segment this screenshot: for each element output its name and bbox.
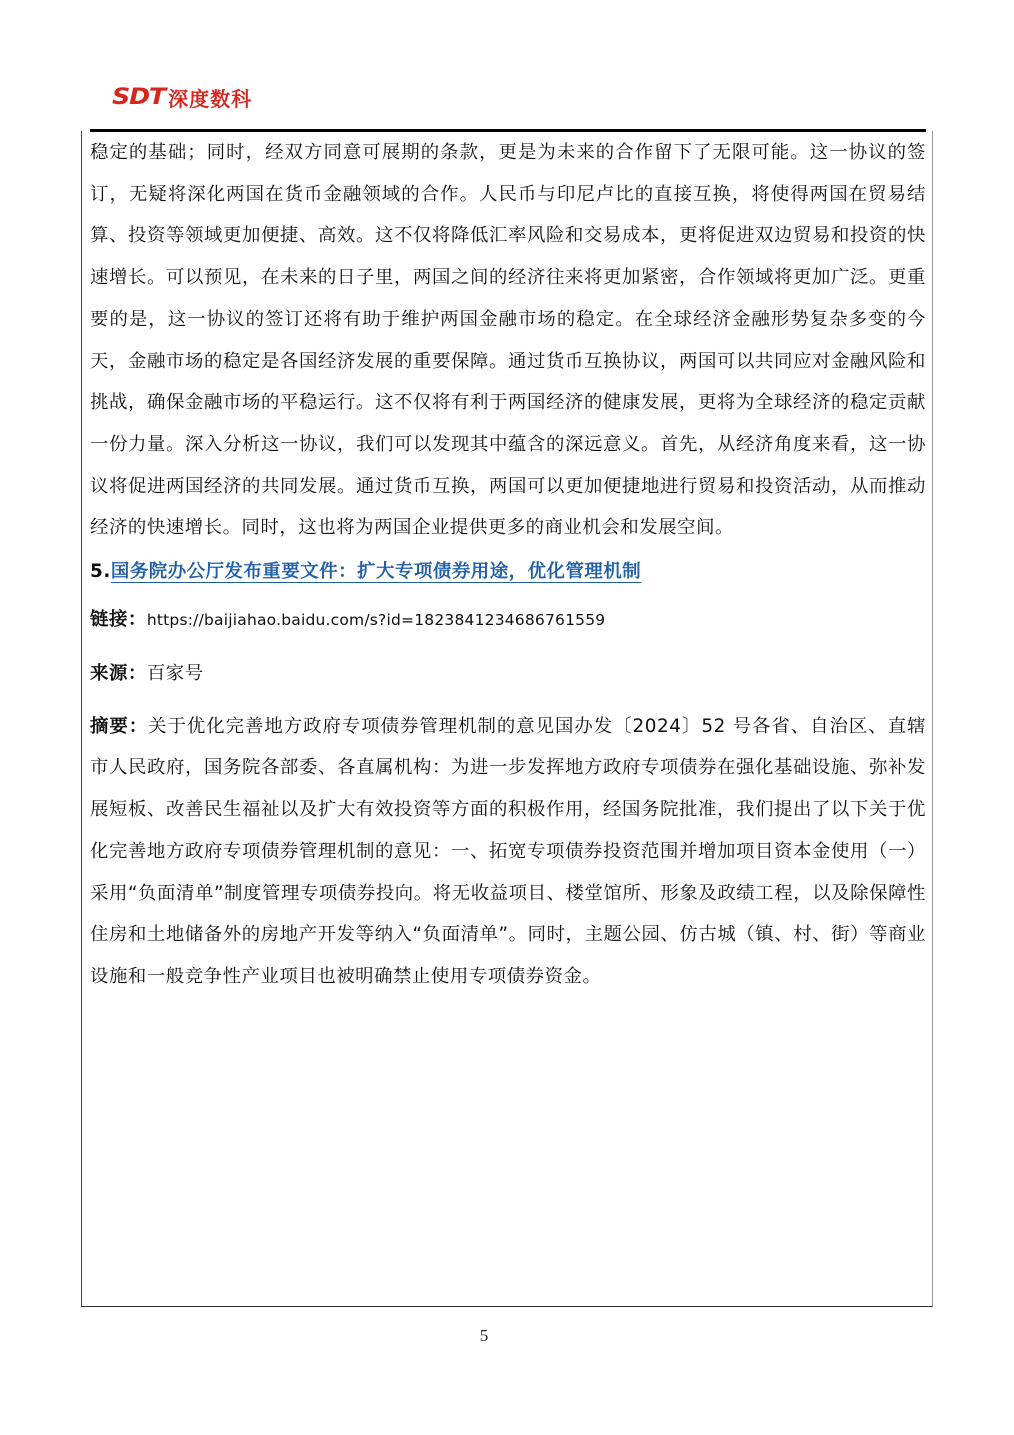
company-logo: SDT 深度数科 xyxy=(112,84,252,110)
article-link-line: 链接：https://baijiahao.baidu.com/s?id=1823… xyxy=(90,593,926,647)
article-heading: 5.国务院办公厅发布重要文件：扩大专项债券用途，优化管理机制 xyxy=(90,549,926,593)
page-number: 5 xyxy=(0,1326,968,1346)
source-value: 百家号 xyxy=(147,663,204,684)
article-summary: 摘要：关于优化完善地方政府专项债券管理机制的意见国办发〔2024〕52 号各省、… xyxy=(90,701,926,998)
link-url[interactable]: https://baijiahao.baidu.com/s?id=1823841… xyxy=(147,611,606,629)
link-label: 链接： xyxy=(90,609,147,630)
page-content: 稳定的基础；同时，经双方同意可展期的条款，更是为未来的合作留下了无限可能。这一协… xyxy=(90,132,926,998)
source-label: 来源： xyxy=(90,663,147,684)
article-title-link[interactable]: 国务院办公厅发布重要文件：扩大专项债券用途，优化管理机制 xyxy=(111,561,641,582)
article-source-line: 来源：百家号 xyxy=(90,647,926,701)
article-number: 5. xyxy=(90,561,111,582)
logo-mark: SDT xyxy=(112,85,165,110)
summary-text: 关于优化完善地方政府专项债券管理机制的意见国办发〔2024〕52 号各省、自治区… xyxy=(90,716,926,987)
logo-text: 深度数科 xyxy=(168,83,252,112)
summary-label: 摘要： xyxy=(90,716,148,737)
intro-paragraph: 稳定的基础；同时，经双方同意可展期的条款，更是为未来的合作留下了无限可能。这一协… xyxy=(90,132,926,549)
